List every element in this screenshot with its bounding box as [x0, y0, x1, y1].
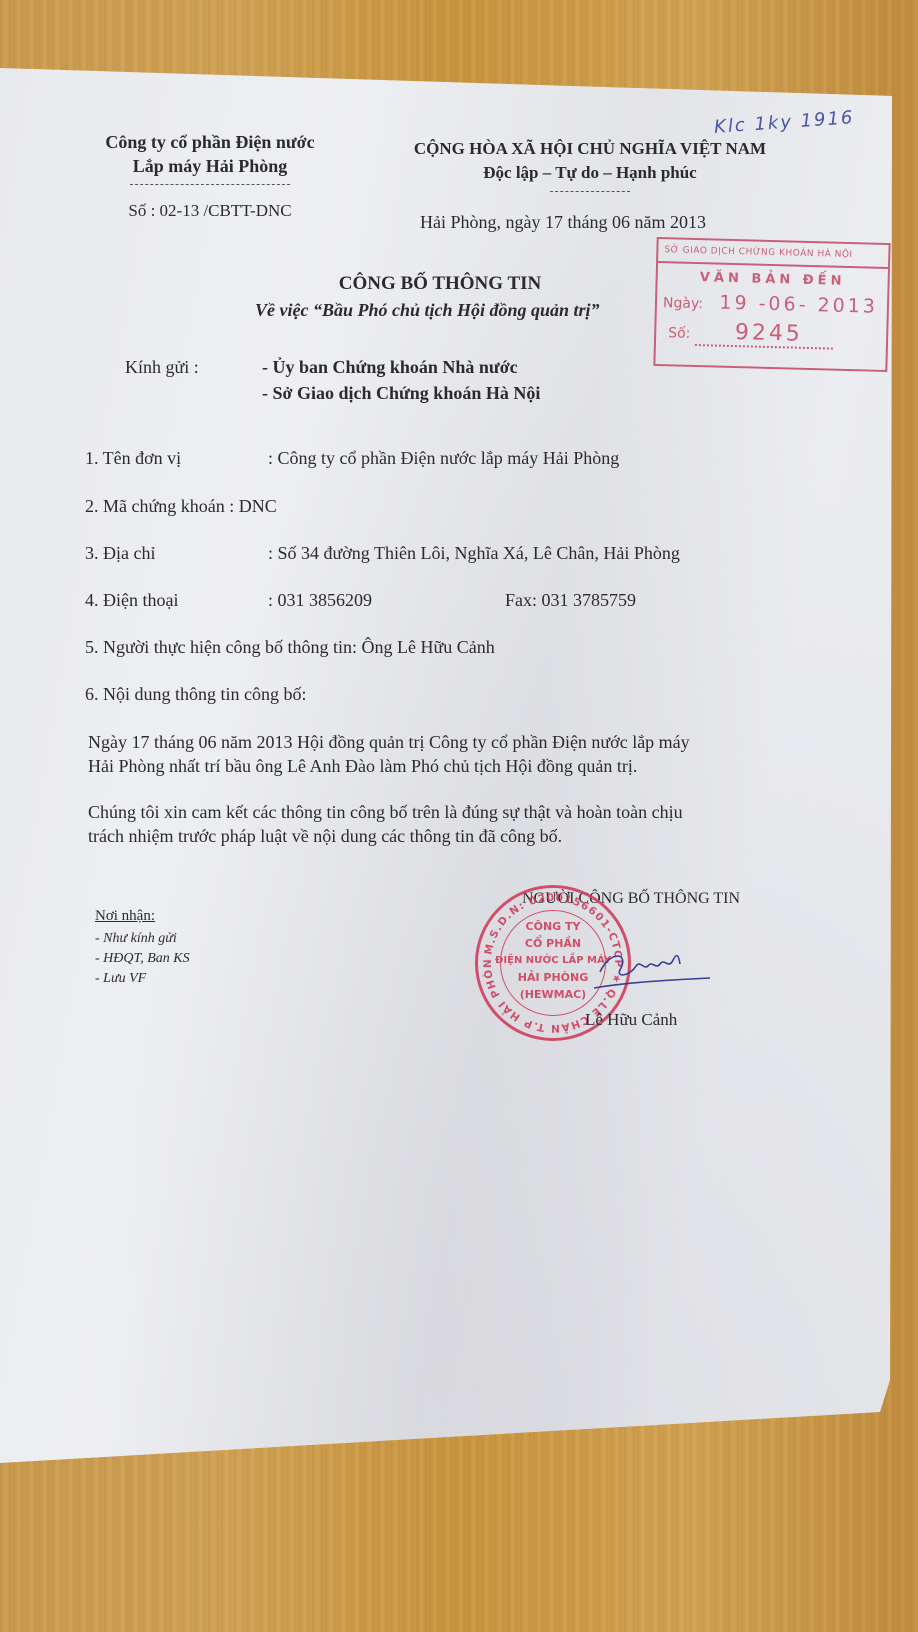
addressee-label: Kính gửi :: [125, 357, 199, 378]
field-label: 4. Điện thoại: [85, 590, 178, 610]
header-divider: [130, 184, 290, 185]
commitment-line: trách nhiệm trước pháp luật về nội dung …: [88, 824, 683, 848]
field-fax: Fax: 031 3785759: [505, 590, 636, 611]
field-label: 1. Tên đơn vị: [85, 448, 181, 468]
place-date: Hải Phòng, ngày 17 tháng 06 năm 2013: [420, 212, 706, 233]
content-line: Hải Phòng nhất trí bầu ông Lê Anh Đào là…: [88, 754, 690, 778]
recipients-label: Nơi nhận:: [95, 908, 190, 925]
recipient-item: - Lưu VF: [95, 969, 190, 989]
national-title: CỘNG HÒA XÃ HỘI CHỦ NGHĨA VIỆT NAM: [380, 137, 800, 161]
received-stamp: SỞ GIAO DỊCH CHỨNG KHOÁN HÀ NỘI VĂN BẢN …: [653, 237, 890, 372]
content-paragraph: Ngày 17 tháng 06 năm 2013 Hội đồng quản …: [88, 730, 690, 778]
addressee-1: - Ủy ban Chứng khoán Nhà nước: [262, 357, 518, 378]
field-label: 5. Người thực hiện công bố thông tin: Ôn…: [85, 637, 495, 657]
commitment-line: Chúng tôi xin cam kết các thông tin công…: [88, 800, 683, 824]
field-stock-code: 2. Mã chứng khoán : DNC: [85, 496, 277, 517]
stamp-number-label: Số:: [668, 325, 691, 342]
issuer-name-line2: Lắp máy Hải Phòng: [80, 154, 340, 178]
signer-name: Lê Hữu Cảnh: [585, 1010, 677, 1030]
field-label: 6. Nội dung thông tin công bố:: [85, 684, 307, 704]
document-title: CÔNG BỐ THÔNG TIN: [0, 273, 820, 295]
field-phone: 4. Điện thoại : 031 3856209: [85, 590, 178, 611]
content-line: Ngày 17 tháng 06 năm 2013 Hội đồng quản …: [88, 730, 690, 754]
field-label: 2. Mã chứng khoán : DNC: [85, 496, 277, 516]
stamp-date-value: 19 -06- 2013: [719, 292, 878, 318]
field-address: 3. Địa chỉ : Số 34 đường Thiên Lôi, Nghĩ…: [85, 543, 155, 564]
field-content-heading: 6. Nội dung thông tin công bố:: [85, 684, 307, 705]
field-unit-name: 1. Tên đơn vị : Công ty cổ phần Điện nướ…: [85, 448, 181, 469]
recipient-item: - Như kính gửi: [95, 929, 190, 949]
motto-divider: [550, 191, 630, 192]
field-disclosure-person: 5. Người thực hiện công bố thông tin: Ôn…: [85, 637, 495, 658]
commitment-paragraph: Chúng tôi xin cam kết các thông tin công…: [88, 800, 683, 848]
field-value: : 031 3856209: [268, 590, 372, 611]
document-subject: Về việc “Bầu Phó chủ tịch Hội đồng quản …: [255, 300, 600, 321]
recipients-block: Nơi nhận: - Như kính gửi - HĐQT, Ban KS …: [95, 908, 190, 989]
handwritten-signature: [590, 940, 720, 1000]
issuer-name-line1: Công ty cổ phần Điện nước: [80, 130, 340, 154]
stamp-date-label: Ngày:: [663, 295, 703, 312]
national-header: CỘNG HÒA XÃ HỘI CHỦ NGHĨA VIỆT NAM Độc l…: [380, 137, 800, 192]
stamp-number: Số: 9245: [656, 318, 887, 349]
addressee-2: - Sở Giao dịch Chứng khoán Hà Nội: [262, 383, 540, 404]
stamp-organization: SỞ GIAO DỊCH CHỨNG KHOÁN HÀ NỘI: [658, 239, 889, 269]
field-value: : Số 34 đường Thiên Lôi, Nghĩa Xá, Lê Ch…: [268, 543, 680, 564]
field-label: 3. Địa chỉ: [85, 543, 155, 563]
document-number: Số : 02-13 /CBTT-DNC: [80, 199, 340, 223]
stamp-number-value: 9245: [695, 319, 834, 350]
recipient-item: - HĐQT, Ban KS: [95, 949, 190, 969]
national-motto: Độc lập – Tự do – Hạnh phúc: [380, 161, 800, 185]
issuer-header: Công ty cổ phần Điện nước Lắp máy Hải Ph…: [80, 130, 340, 223]
field-value: : Công ty cổ phần Điện nước lắp máy Hải …: [268, 448, 619, 469]
